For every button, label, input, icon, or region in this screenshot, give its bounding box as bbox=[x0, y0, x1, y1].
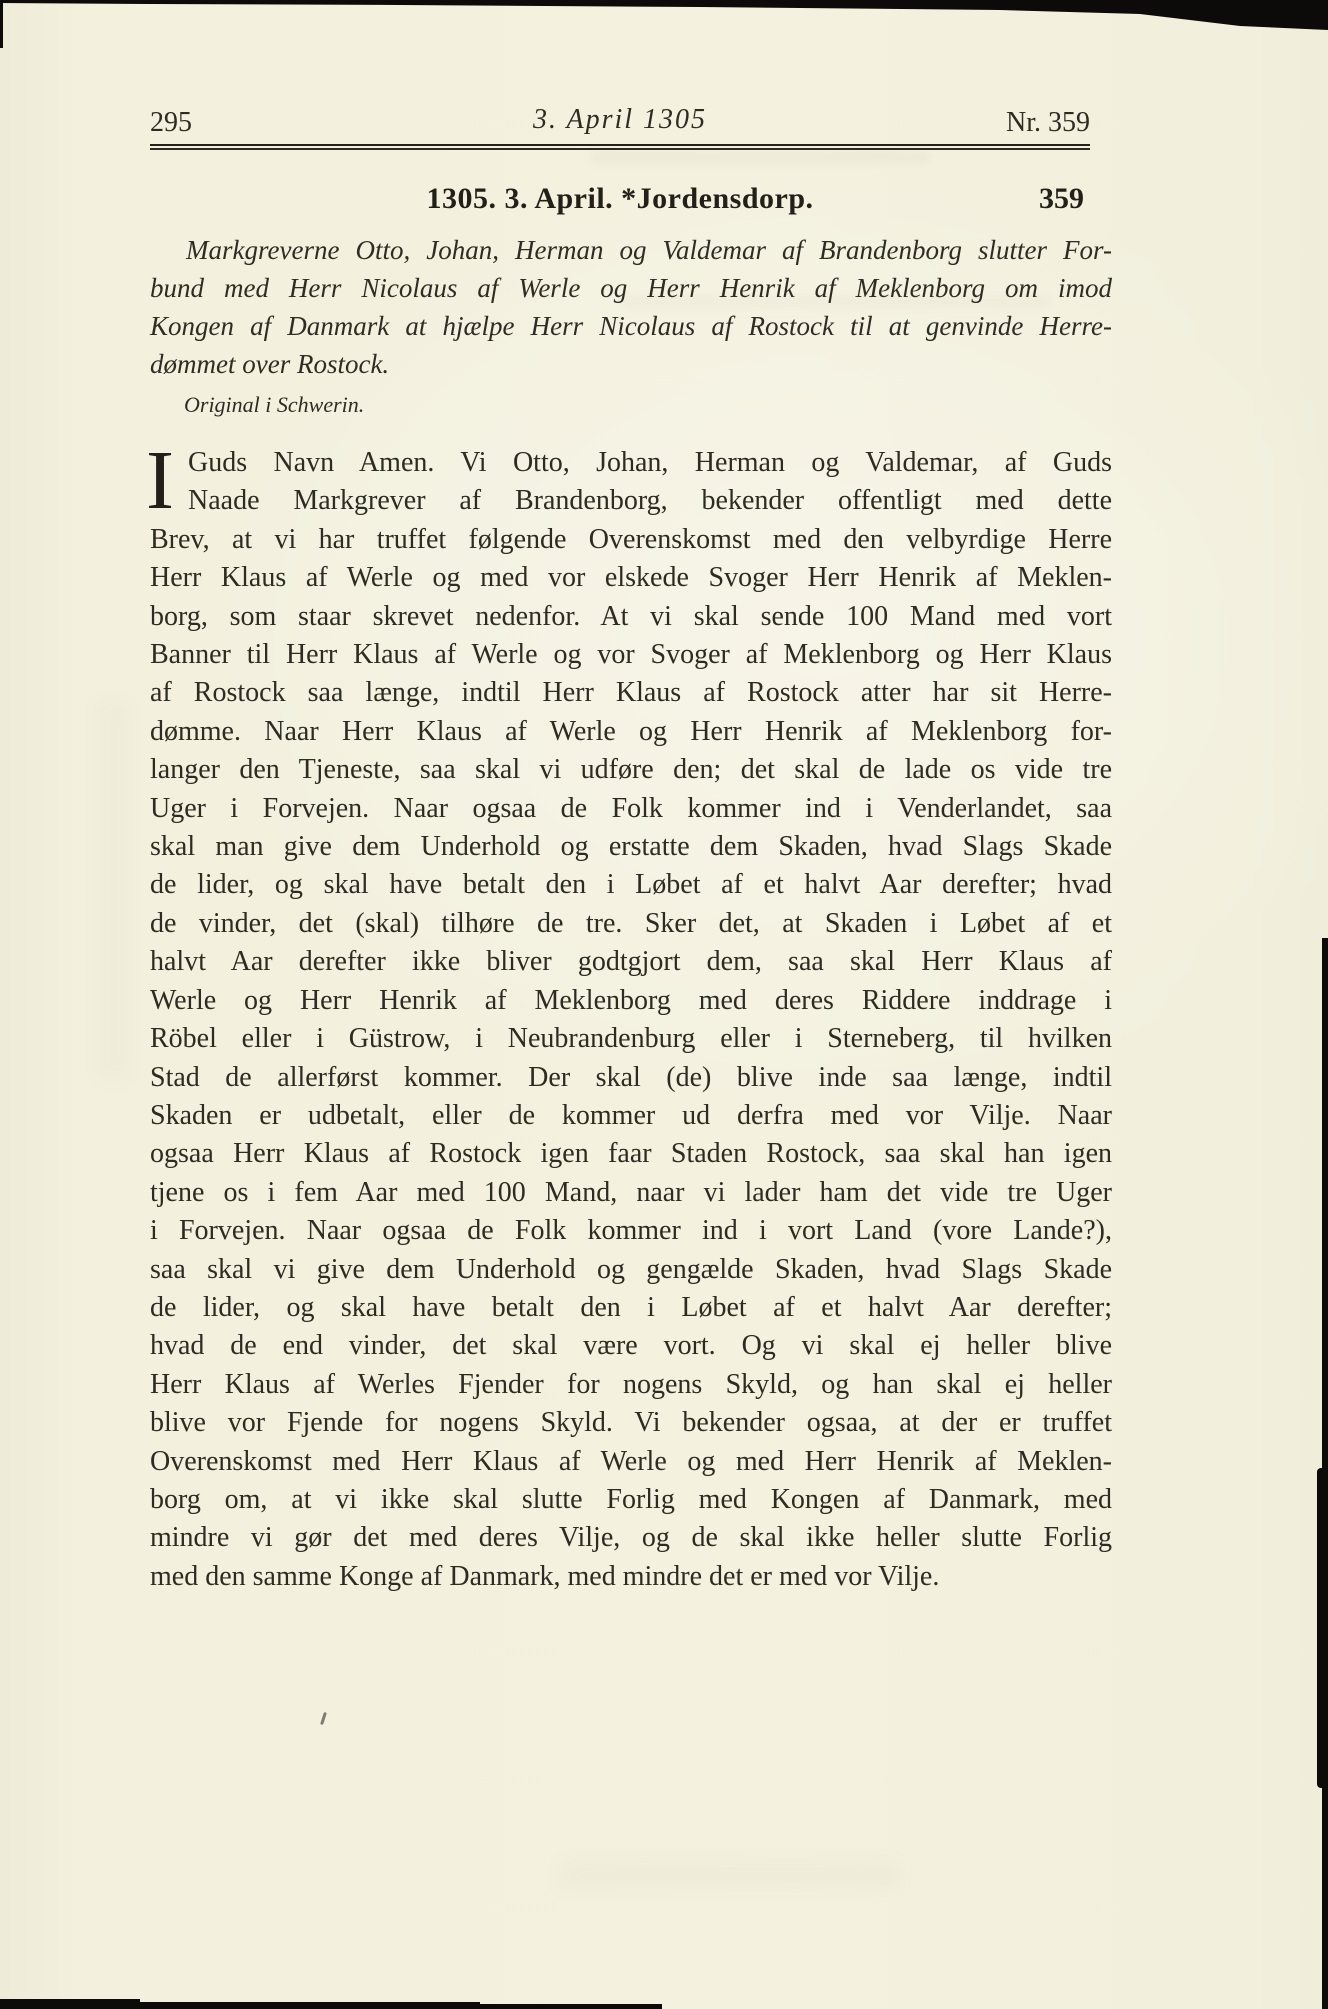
body-line: borg, som staar skrevet nedenfor. At vi … bbox=[150, 598, 1112, 636]
body-line: de lider, og skal have betalt den i Løbe… bbox=[150, 866, 1112, 904]
bleed-through-artifact bbox=[560, 1862, 900, 1888]
body-line: Overenskomst med Herr Klaus af Werle og … bbox=[150, 1443, 1112, 1481]
body-line: mindre vi gør det med deres Vilje, og de… bbox=[150, 1519, 1112, 1557]
entry-body: I Guds Navn Amen. Vi Otto, Johan, Herman… bbox=[150, 444, 1112, 1596]
scan-edge-right-bulge bbox=[1317, 1468, 1328, 1788]
scanned-book-page: 295 3. April 1305 Nr. 359 1305. 3. April… bbox=[0, 0, 1328, 2009]
body-line: Guds Navn Amen. Vi Otto, Johan, Herman o… bbox=[150, 444, 1112, 482]
body-line: Stad de allerførst kommer. Der skal (de)… bbox=[150, 1059, 1112, 1097]
body-line: halvt Aar derefter ikke bliver godtgjort… bbox=[150, 943, 1112, 981]
entry-heading-row: 1305. 3. April. *Jordensdorp. 359 bbox=[150, 182, 1090, 218]
body-line: blive vor Fjende for nogens Skyld. Vi be… bbox=[150, 1404, 1112, 1442]
document-number-header: Nr. 359 bbox=[1006, 108, 1090, 138]
page-header: 295 3. April 1305 Nr. 359 bbox=[150, 108, 1090, 142]
summary-line: bund med Herr Nicolaus af Werle og Herr … bbox=[150, 269, 1112, 307]
entry-heading: 1305. 3. April. *Jordensdorp. bbox=[150, 182, 1090, 216]
body-line: Röbel eller i Güstrow, i Neubrandenburg … bbox=[150, 1020, 1112, 1058]
body-line: de vinder, det (skal) tilhøre de tre. Sk… bbox=[150, 905, 1112, 943]
body-line: Uger i Forvejen. Naar ogsaa de Folk komm… bbox=[150, 790, 1112, 828]
body-line: med den samme Konge af Danmark, med mind… bbox=[150, 1558, 1112, 1596]
summary-line: Markgreverne Otto, Johan, Herman og Vald… bbox=[150, 231, 1112, 269]
body-line: Herr Klaus af Werle og med vor elskede S… bbox=[150, 559, 1112, 597]
body-line: Werle og Herr Henrik af Meklenborg med d… bbox=[150, 982, 1112, 1020]
body-line: langer den Tjeneste, saa skal vi udføre … bbox=[150, 751, 1112, 789]
body-line: af Rostock saa længe, indtil Herr Klaus … bbox=[150, 674, 1112, 712]
running-title: 3. April 1305 bbox=[150, 105, 1090, 135]
body-line: i Forvejen. Naar ogsaa de Folk kommer in… bbox=[150, 1212, 1112, 1250]
body-line: dømme. Naar Herr Klaus af Werle og Herr … bbox=[150, 713, 1112, 751]
body-line: Herr Klaus af Werles Fjender for nogens … bbox=[150, 1366, 1112, 1404]
scan-edge-top bbox=[0, 0, 1328, 32]
body-line: Skaden er udbetalt, eller de kommer ud d… bbox=[150, 1097, 1112, 1135]
summary-line: Kongen af Danmark at hjælpe Herr Nicolau… bbox=[150, 307, 1112, 345]
body-line: ogsaa Herr Klaus af Rostock igen faar St… bbox=[150, 1135, 1112, 1173]
provenance-note: Original i Schwerin. bbox=[184, 392, 364, 418]
body-line: Naade Markgrever af Brandenborg, bekende… bbox=[150, 482, 1112, 520]
body-line: tjene os i fem Aar med 100 Mand, naar vi… bbox=[150, 1174, 1112, 1212]
body-line: hvad de end vinder, det skal være vort. … bbox=[150, 1327, 1112, 1365]
scan-edge-bottom bbox=[0, 1999, 662, 2009]
scan-edge-left bbox=[0, 0, 3, 48]
body-line: de lider, og skal have betalt den i Løbe… bbox=[150, 1289, 1112, 1327]
body-line: saa skal vi give dem Underhold og gengæl… bbox=[150, 1251, 1112, 1289]
header-rule bbox=[150, 144, 1090, 150]
body-line: borg om, at vi ikke skal slutte Forlig m… bbox=[150, 1481, 1112, 1519]
bleed-through-artifact bbox=[590, 150, 930, 164]
entry-summary: Markgreverne Otto, Johan, Herman og Vald… bbox=[150, 231, 1112, 383]
body-line: Banner til Herr Klaus af Werle og vor Sv… bbox=[150, 636, 1112, 674]
entry-number: 359 bbox=[1039, 182, 1084, 216]
drop-cap: I bbox=[146, 442, 174, 520]
body-line: Brev, at vi har truffet følgende Overens… bbox=[150, 521, 1112, 559]
body-line: skal man give dem Underhold og erstatte … bbox=[150, 828, 1112, 866]
bleed-through-artifact bbox=[96, 700, 130, 1080]
summary-line: dømmet over Rostock. bbox=[150, 345, 1112, 383]
ink-speck-artifact bbox=[320, 1712, 327, 1725]
